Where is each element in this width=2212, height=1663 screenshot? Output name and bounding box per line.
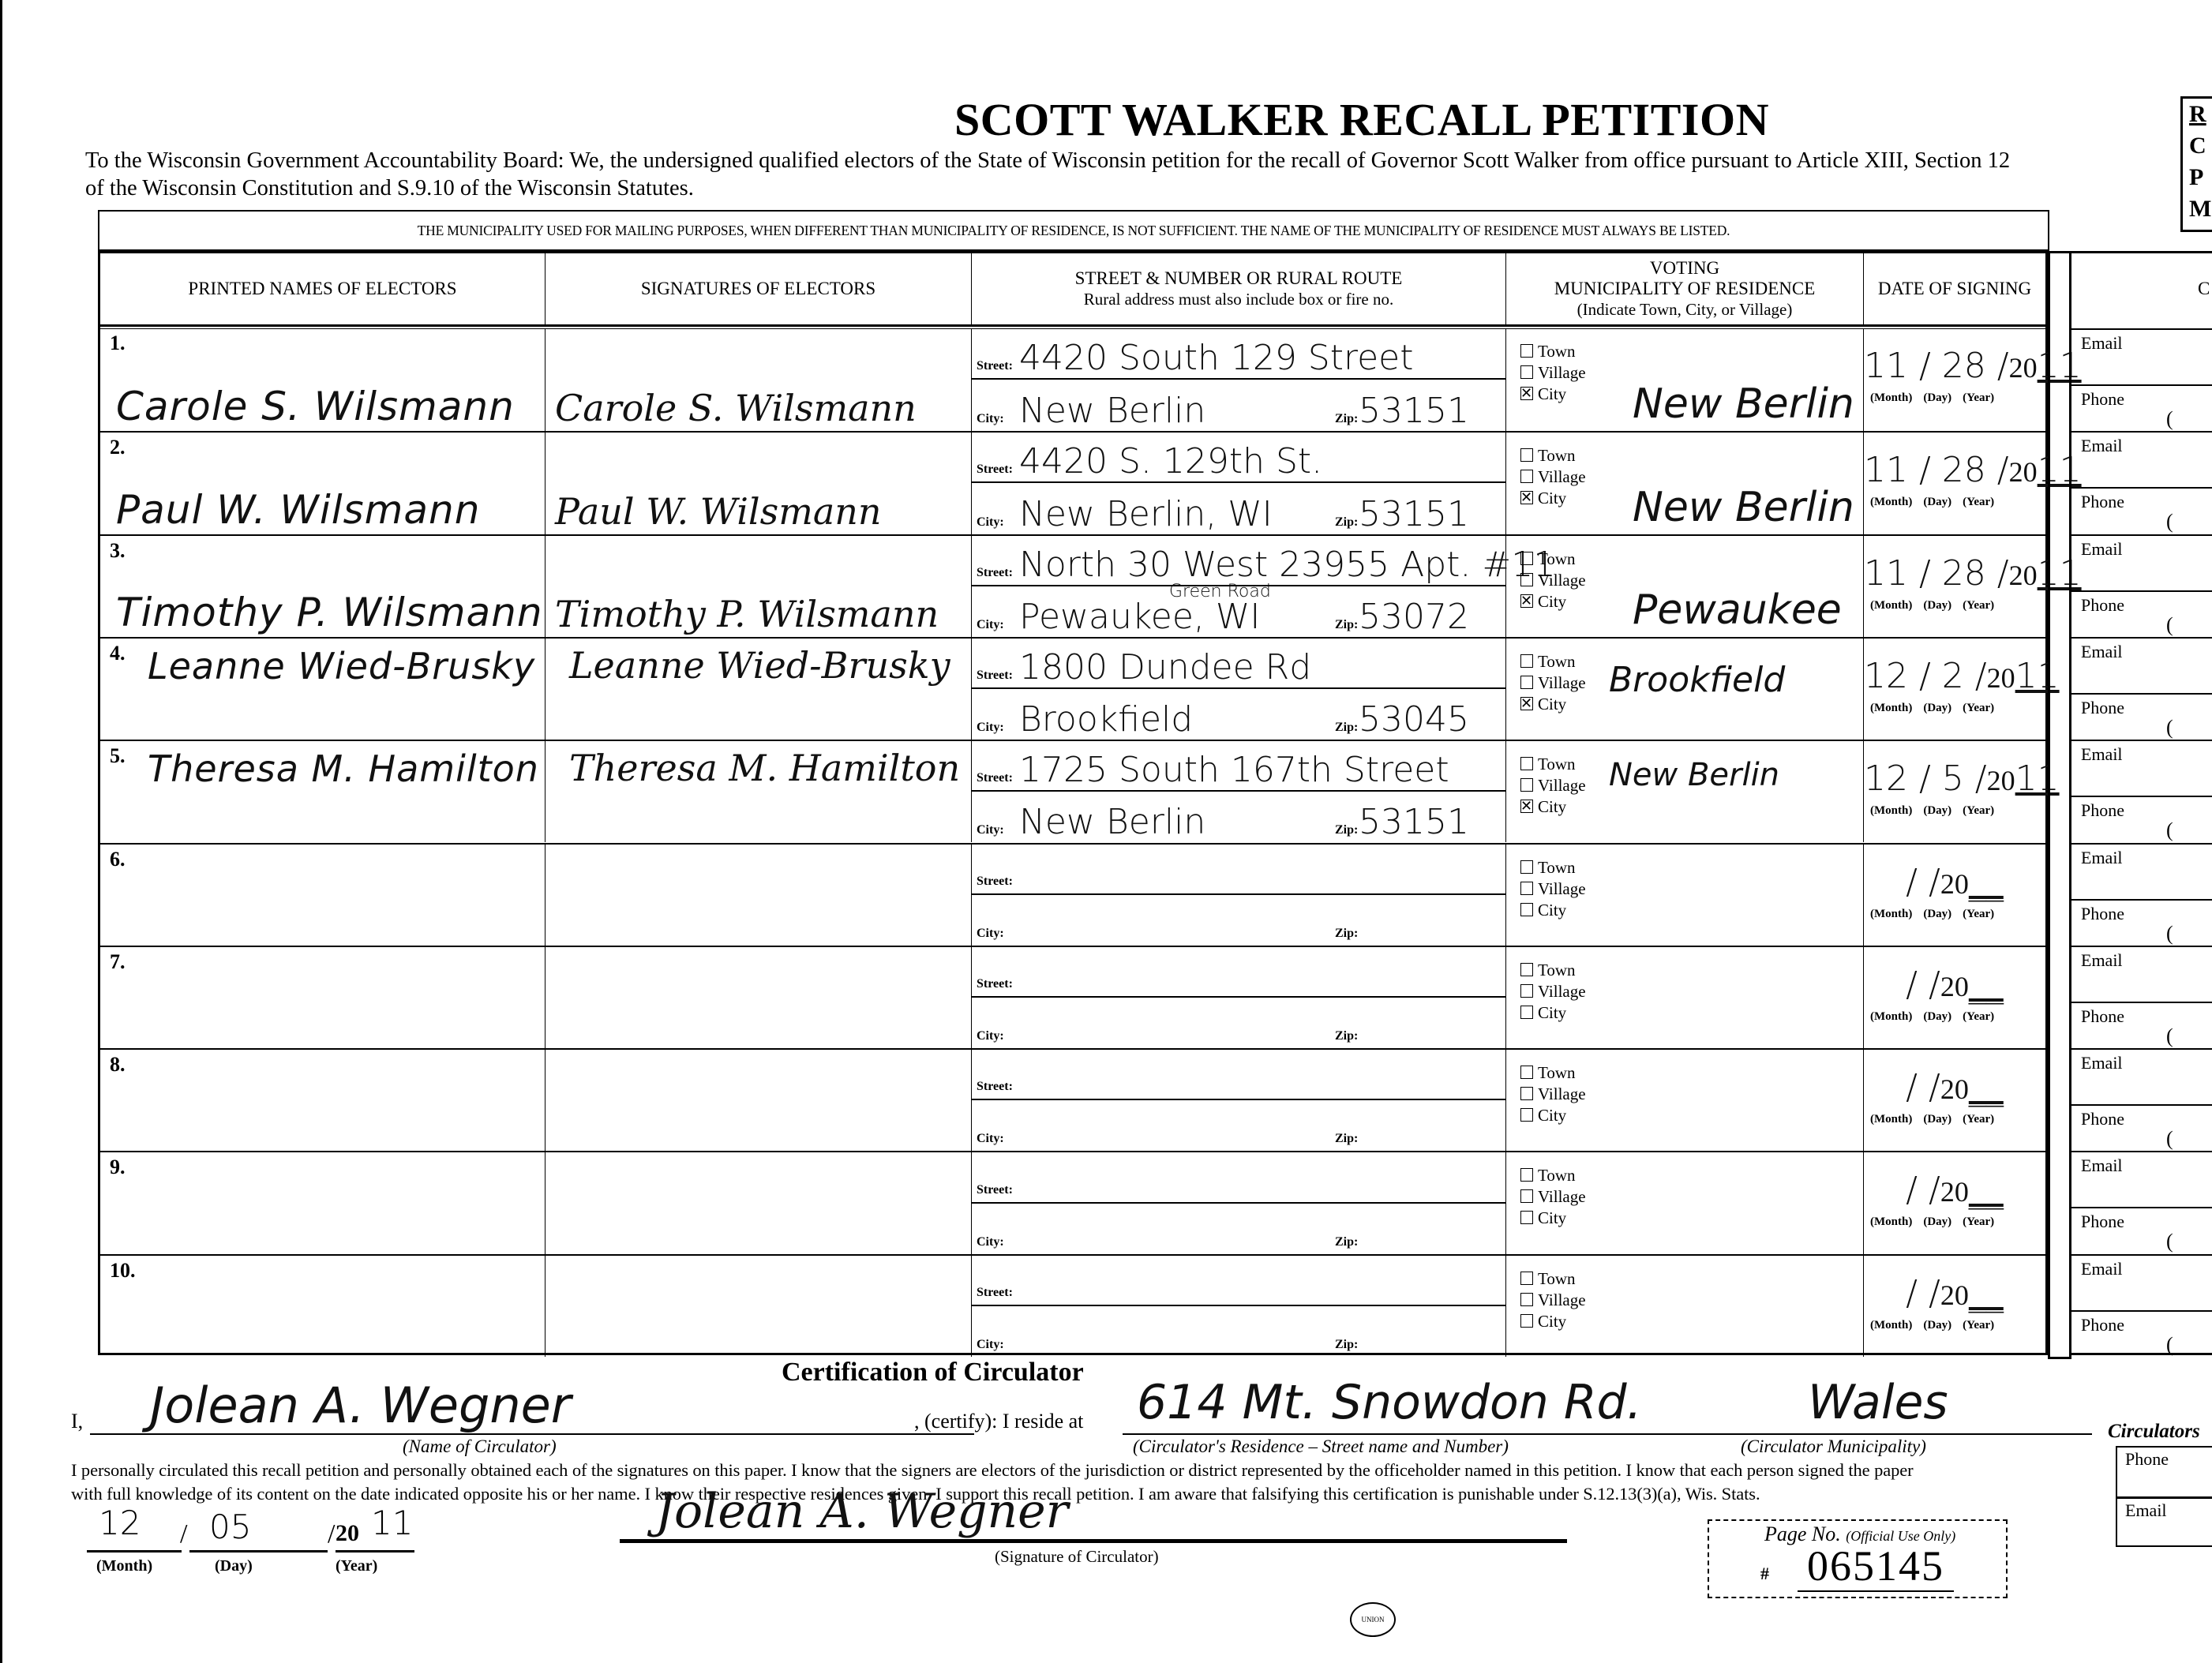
circulator-name-handwritten: Jolean A. Wegner (150, 1376, 571, 1434)
header-sublabel: Rural address must also include box or f… (1084, 289, 1394, 309)
cert-month-field[interactable] (87, 1550, 182, 1553)
year-caption: (Year) (1963, 1010, 1994, 1023)
zip-label: Zip: (1335, 412, 1358, 426)
street-value: North 30 West 23955 Apt. #11 (1019, 545, 1555, 585)
village-label: Village (1538, 571, 1586, 590)
month-caption: (Month) (1870, 496, 1912, 508)
contact-column: C Email Phone ( Email Phone ( Email Phon… (2071, 251, 2212, 1355)
zip-label: Zip: (1335, 515, 1358, 530)
address-cell: Street: City: Zip: (972, 845, 1506, 946)
phone-field[interactable]: Phone ( (2071, 1002, 2212, 1050)
street-field[interactable]: Street: 4420 South 129 Street (972, 328, 1505, 380)
page-title: SCOTT WALKER RECALL PETITION (789, 93, 1934, 146)
email-field[interactable]: Email (2081, 1053, 2123, 1073)
option-town[interactable]: Town (1520, 960, 1586, 981)
town-label: Town (1538, 549, 1576, 568)
elector-signature: Leanne Wied-Brusky (569, 646, 980, 684)
email-field[interactable]: Email (2081, 950, 2123, 971)
phone-paren: ( (2166, 1333, 2173, 1357)
option-city[interactable]: City (1520, 796, 1586, 818)
date-year-prefix: 20 (1987, 765, 2015, 796)
town-checkbox[interactable] (1520, 654, 1533, 668)
option-city[interactable]: City (1520, 1105, 1586, 1126)
option-village[interactable]: Village (1520, 878, 1586, 900)
zip-value: 53045 (1359, 699, 1469, 740)
option-village[interactable]: Village (1520, 1290, 1586, 1311)
city-zip-field[interactable]: City: Zip: (972, 1204, 1505, 1254)
phone-paren: ( (2166, 407, 2173, 431)
month-caption: (Month) (1870, 804, 1912, 817)
circulator-signature-field[interactable] (620, 1539, 1567, 1543)
city-label: City: (977, 1235, 1004, 1249)
header-label: MUNICIPALITY OF RESIDENCE (1554, 279, 1816, 299)
city-label: City: (977, 618, 1004, 632)
town-checkbox[interactable] (1520, 963, 1533, 976)
circulator-municipality-handwritten: Wales (1808, 1375, 1948, 1430)
street-field[interactable]: Street: (972, 1152, 1505, 1203)
signature-cell[interactable]: Leanne Wied-Brusky (546, 639, 972, 740)
town-label: Town (1538, 1166, 1576, 1185)
date-captions: (Month)(Day)(Year) (1870, 1319, 2005, 1332)
contact-row: Email Phone ( (2071, 1048, 2212, 1151)
date-slash: / (1906, 964, 1929, 1005)
village-label: Village (1538, 1187, 1586, 1206)
date-cell[interactable]: / /20__ (Month)(Day)(Year) (1864, 1256, 2045, 1357)
union-bug-icon: UNION (1350, 1602, 1396, 1637)
phone-paren: ( (2166, 510, 2173, 534)
official-box-letter: R (2183, 99, 2212, 130)
phone-paren: ( (2166, 1127, 2173, 1151)
month-caption: (Month) (1870, 599, 1912, 612)
street-field[interactable]: Street: (972, 1050, 1505, 1100)
date-year-prefix: 20 (1940, 1176, 1969, 1208)
year-caption: (Year) (1963, 1113, 1994, 1126)
city-zip-field[interactable]: City: New Berlin Zip: 53151 (972, 792, 1505, 842)
phone-label: Phone (2081, 1109, 2124, 1129)
day-caption: (Day) (1923, 702, 1951, 714)
date-value: 11 / 28 /2011 (1864, 553, 2045, 594)
village-checkbox[interactable] (1520, 365, 1533, 379)
city-zip-field[interactable]: City: Zip: (972, 895, 1505, 946)
option-town[interactable]: Town (1520, 549, 1586, 570)
signature-cell[interactable]: Paul W. Wilsmann (546, 433, 972, 534)
municipality-type-options: Town Village City (1520, 549, 1586, 612)
date-value: 12 / 2 /2011 (1864, 656, 2045, 696)
printed-name-cell[interactable]: 10. (100, 1256, 546, 1357)
year-caption: (Year) (1963, 804, 1994, 817)
municipality-cell: Town Village City (1506, 1256, 1864, 1357)
city-checkbox[interactable] (1520, 387, 1533, 400)
phone-field[interactable]: Phone ( (2071, 1104, 2212, 1152)
day-caption: (Day) (1923, 804, 1951, 817)
phone-field[interactable]: Phone ( (2071, 796, 2212, 844)
month-caption: (Month) (1870, 1113, 1912, 1126)
option-village[interactable]: Village (1520, 1084, 1586, 1105)
printed-name: Carole S. Wilsmann (116, 384, 515, 429)
city-option-label: City (1538, 1208, 1566, 1227)
email-field[interactable]: Email (2081, 539, 2123, 560)
street-value: 1725 South 167th Street (1019, 750, 1449, 790)
header-label: SIGNATURES OF ELECTORS (641, 279, 875, 299)
city-zip-field[interactable]: City: New Berlin Zip: 53151 (972, 380, 1505, 431)
option-town[interactable]: Town (1520, 1062, 1586, 1084)
address-cell: Street: North 30 West 23955 Apt. #11 Cit… (972, 536, 1506, 637)
option-town[interactable]: Town (1520, 341, 1586, 362)
village-checkbox[interactable] (1520, 882, 1533, 895)
header-label: VOTING (1650, 258, 1719, 279)
day-caption: (Day) (1923, 1113, 1951, 1126)
date-month: 11 (1864, 450, 1908, 490)
signature-caption: (Signature of Circulator) (995, 1547, 1159, 1567)
table-row: 5. Theresa M. Hamilton Theresa M. Hamilt… (100, 740, 2045, 842)
circulator-phone-field[interactable]: Phone (2117, 1448, 2212, 1496)
contact-row: Email Phone ( (2071, 843, 2212, 946)
option-town[interactable]: Town (1520, 651, 1586, 672)
option-town[interactable]: Town (1520, 1268, 1586, 1290)
table-row: 3. Timothy P. Wilsmann Timothy P. Wilsma… (100, 534, 2045, 637)
option-town[interactable]: Town (1520, 857, 1586, 878)
signature-cell[interactable] (546, 1256, 972, 1357)
date-separator: / (328, 1519, 335, 1549)
street-field[interactable]: Street: (972, 947, 1505, 998)
circulator-contact-title: Circulators (2108, 1421, 2212, 1443)
table-side-strip (2048, 251, 2071, 1359)
cert-year: 11 (371, 1504, 413, 1542)
address-cell: Street: 4420 S. 129th St. City: New Berl… (972, 433, 1506, 534)
option-city[interactable]: City (1520, 1208, 1586, 1229)
petition-intro: To the Wisconsin Government Accountabili… (85, 147, 2027, 202)
date-year-prefix: 20 (2009, 456, 2038, 488)
table-row: 9. Street: City: Zip: (100, 1151, 2045, 1253)
street-field[interactable]: Street: 1725 South 167th Street (972, 741, 1505, 792)
town-checkbox[interactable] (1520, 1168, 1533, 1182)
street-field[interactable]: Street: North 30 West 23955 Apt. #11 (972, 536, 1505, 586)
municipality-caption: (Circulator Municipality) (1741, 1436, 1926, 1457)
street-label: Street: (977, 1183, 1013, 1197)
row-number: 10. (110, 1259, 136, 1283)
street-label: Street: (977, 359, 1013, 373)
date-slash: / (1906, 862, 1929, 902)
city-label: City: (977, 412, 1004, 426)
city-zip-field[interactable]: City: New Berlin, WI Zip: 53151 (972, 483, 1505, 534)
city-label: City: (977, 1338, 1004, 1352)
option-village[interactable]: Village (1520, 775, 1586, 796)
city-option-label: City (1538, 1312, 1566, 1331)
header-label: STREET & NUMBER OR RURAL ROUTE (1075, 268, 1403, 289)
date-cell[interactable]: / /20__ (Month)(Day)(Year) (1864, 845, 2045, 946)
printed-name-cell[interactable]: 7. (100, 947, 546, 1048)
city-checkbox[interactable] (1520, 903, 1533, 916)
city-option-label: City (1538, 489, 1566, 508)
printed-name-cell[interactable]: 9. (100, 1152, 546, 1253)
printed-name-cell[interactable]: 2. Paul W. Wilsmann (100, 433, 546, 534)
village-checkbox[interactable] (1520, 676, 1533, 689)
city-label: City: (977, 927, 1004, 941)
phone-field[interactable]: Phone ( (2071, 1207, 2212, 1255)
phone-label: Phone (2081, 1212, 2124, 1231)
city-checkbox[interactable] (1520, 594, 1533, 608)
city-zip-field[interactable]: City: Zip: (972, 1100, 1505, 1151)
phone-field[interactable]: Phone ( (2071, 487, 2212, 535)
signature-cell[interactable] (546, 1050, 972, 1151)
village-label: Village (1538, 982, 1586, 1001)
option-city[interactable]: City (1520, 1002, 1586, 1024)
town-checkbox[interactable] (1520, 757, 1533, 770)
date-captions: (Month)(Day)(Year) (1870, 1010, 2005, 1024)
phone-paren: ( (2166, 922, 2173, 946)
row-number: 1. (110, 331, 126, 355)
page-number-box: Page No. (Official Use Only) # 065145 (1708, 1519, 2008, 1598)
option-town[interactable]: Town (1520, 1165, 1586, 1186)
email-field[interactable]: Email (2081, 744, 2123, 765)
date-slash: / (1929, 1067, 1940, 1107)
email-field[interactable]: Email (2081, 436, 2123, 456)
email-field[interactable]: Email (2081, 848, 2123, 868)
date-cell[interactable]: / /20__ (Month)(Day)(Year) (1864, 947, 2045, 1048)
street-label: Street: (977, 463, 1013, 477)
option-city[interactable]: City (1520, 900, 1586, 921)
village-label: Village (1538, 467, 1586, 486)
date-value: / /20__ (1864, 1170, 2045, 1210)
municipality-type-options: Town Village City (1520, 651, 1586, 715)
town-label: Town (1538, 755, 1576, 773)
contact-row: Email Phone ( (2071, 1151, 2212, 1253)
page-hash: # (1760, 1564, 1769, 1584)
option-village[interactable]: Village (1520, 672, 1586, 694)
village-checkbox[interactable] (1520, 1293, 1533, 1306)
municipality-type-options: Town Village City (1520, 341, 1586, 405)
village-checkbox[interactable] (1520, 778, 1533, 792)
day-caption: (Day) (1923, 908, 1951, 920)
town-label: Town (1538, 961, 1576, 979)
city-checkbox[interactable] (1520, 800, 1533, 813)
municipality-value: New Berlin (1633, 484, 1854, 531)
day-caption: (Day) (1923, 1010, 1951, 1023)
cert-year-field[interactable] (336, 1550, 414, 1553)
email-field[interactable]: Email (2081, 1155, 2123, 1176)
zip-value: 53151 (1359, 802, 1469, 842)
date-month: 12 (1864, 656, 1908, 696)
page-edge (0, 0, 2, 1663)
zip-label: Zip: (1335, 618, 1358, 632)
official-box-letter: C (2183, 130, 2212, 162)
town-label: Town (1538, 342, 1576, 361)
header-date: DATE OF SIGNING (1864, 253, 2045, 324)
date-slash: / (1986, 450, 2009, 490)
signature-cell[interactable]: Carole S. Wilsmann (546, 328, 972, 431)
cert-day-field[interactable] (189, 1550, 328, 1553)
circulator-residence-field[interactable] (1123, 1433, 2092, 1435)
option-village[interactable]: Village (1520, 570, 1586, 591)
town-checkbox[interactable] (1520, 344, 1533, 358)
phone-paren: ( (2166, 613, 2173, 637)
city-zip-field[interactable]: City: Zip: (972, 998, 1505, 1048)
elector-signature: Timothy P. Wilsmann (555, 593, 939, 635)
municipality-type-options: Town Village City (1520, 857, 1586, 921)
email-field[interactable]: Email (2081, 1259, 2123, 1279)
printed-name-cell[interactable]: 6. (100, 845, 546, 946)
phone-field[interactable]: Phone ( (2071, 693, 2212, 741)
municipality-notice: THE MUNICIPALITY USED FOR MAILING PURPOS… (98, 210, 2049, 251)
city-value: New Berlin, WI (1019, 494, 1273, 534)
date-cell[interactable]: 11 / 28 /2011 (Month)(Day)(Year) (1864, 433, 2045, 534)
circulator-contact: Circulators Phone Email (2108, 1421, 2212, 1547)
village-checkbox[interactable] (1520, 1087, 1533, 1100)
street-label: Street: (977, 977, 1013, 991)
town-label: Town (1538, 446, 1576, 465)
option-city[interactable]: City (1520, 384, 1586, 405)
signature-cell[interactable] (546, 845, 972, 946)
city-zip-field[interactable]: City: Zip: (972, 1306, 1505, 1357)
phone-field[interactable]: Phone ( (2071, 1310, 2212, 1358)
city-zip-field[interactable]: City: Brookfield Zip: 53045 (972, 689, 1505, 740)
municipality-value: Pewaukee (1633, 586, 1842, 634)
table-row: 1. Carole S. Wilsmann Carole S. Wilsmann… (100, 328, 2045, 431)
printed-name-cell[interactable]: 3. Timothy P. Wilsmann (100, 536, 546, 637)
street-value: 4420 S. 129th St. (1019, 441, 1322, 481)
date-value: / /20__ (1864, 1273, 2045, 1313)
date-year: __ (1969, 862, 2004, 902)
date-slash: / (1986, 346, 2009, 386)
email-field[interactable]: Email (2081, 642, 2123, 662)
certification-title: Certification of Circulator (782, 1358, 1084, 1388)
signature-cell[interactable] (546, 1152, 972, 1253)
option-city[interactable]: City (1520, 591, 1586, 612)
printed-name-cell[interactable]: 8. (100, 1050, 546, 1151)
street-field[interactable]: Street: (972, 845, 1505, 895)
city-checkbox[interactable] (1520, 1314, 1533, 1328)
official-box-letter: P (2183, 162, 2212, 193)
municipality-value: New Berlin (1609, 757, 1779, 793)
electors-table: PRINTED NAMES OF ELECTORS SIGNATURES OF … (98, 251, 2048, 1355)
date-value: 11 / 28 /2011 (1864, 346, 2045, 386)
date-captions: (Month)(Day)(Year) (1870, 496, 2005, 509)
option-village[interactable]: Village (1520, 981, 1586, 1002)
zip-value: 53151 (1359, 391, 1469, 431)
printed-name-cell[interactable]: 4. Leanne Wied-Brusky (100, 639, 546, 740)
date-day: 2 (1942, 656, 1964, 696)
village-checkbox[interactable] (1520, 470, 1533, 483)
city-zip-field[interactable]: City: Pewaukee, WI Zip: 53072 Green Road (972, 586, 1505, 637)
date-cell[interactable]: 11 / 28 /2011 (Month)(Day)(Year) (1864, 328, 2045, 431)
municipality-value: New Berlin (1633, 380, 1854, 428)
option-village[interactable]: Village (1520, 466, 1586, 488)
option-village[interactable]: Village (1520, 1186, 1586, 1208)
date-year-prefix: 20 (2009, 352, 2038, 384)
date-year-prefix: 20 (1940, 971, 1969, 1002)
street-value: 4420 South 129 Street (1019, 338, 1414, 378)
option-town[interactable]: Town (1520, 754, 1586, 775)
town-checkbox[interactable] (1520, 1066, 1533, 1079)
town-checkbox[interactable] (1520, 448, 1533, 462)
municipality-cell: Town Village City (1506, 947, 1864, 1048)
village-checkbox[interactable] (1520, 984, 1533, 998)
printed-name: Paul W. Wilsmann (116, 487, 480, 533)
phone-label: Phone (2081, 595, 2124, 615)
date-slash: / (1908, 346, 1942, 386)
city-checkbox[interactable] (1520, 491, 1533, 504)
signature-cell[interactable] (546, 947, 972, 1048)
date-slash: / (1964, 656, 1987, 696)
date-cell[interactable]: / /20__ (Month)(Day)(Year) (1864, 1152, 2045, 1253)
day-caption: (Day) (1923, 391, 1951, 404)
city-option-label: City (1538, 1003, 1566, 1022)
date-value: / /20__ (1864, 1067, 2045, 1107)
town-checkbox[interactable] (1520, 860, 1533, 874)
town-checkbox[interactable] (1520, 1272, 1533, 1285)
option-town[interactable]: Town (1520, 445, 1586, 466)
phone-field[interactable]: Phone ( (2071, 899, 2212, 947)
contact-row: Email Phone ( (2071, 1254, 2212, 1357)
address-cell: Street: City: Zip: (972, 947, 1506, 1048)
signature-cell[interactable]: Theresa M. Hamilton (546, 741, 972, 842)
phone-field[interactable]: Phone ( (2071, 384, 2212, 433)
city-checkbox[interactable] (1520, 1211, 1533, 1224)
date-slash: / (1908, 553, 1942, 594)
signature-cell[interactable]: Timothy P. Wilsmann (546, 536, 972, 637)
table-row: 7. Street: City: Zip: (100, 946, 2045, 1048)
phone-label: Phone (2081, 1006, 2124, 1026)
municipality-cell: Town Village City (1506, 845, 1864, 946)
certify-text: , (certify): I reside at (914, 1410, 1083, 1433)
phone-paren: ( (2166, 1024, 2173, 1048)
row-number: 3. (110, 539, 126, 563)
date-year: __ (1969, 964, 2004, 1005)
date-cell[interactable]: 12 / 2 /2011 (Month)(Day)(Year) (1864, 639, 2045, 740)
city-checkbox[interactable] (1520, 1108, 1533, 1122)
option-city[interactable]: City (1520, 488, 1586, 509)
circulator-email-field[interactable]: Email (2117, 1496, 2212, 1545)
address-cell: Street: City: Zip: (972, 1152, 1506, 1253)
date-day: 28 (1942, 450, 1986, 490)
village-checkbox[interactable] (1520, 1189, 1533, 1203)
street-field[interactable]: Street: 4420 S. 129th St. (972, 433, 1505, 483)
phone-paren: ( (2166, 716, 2173, 740)
municipality-cell: Town Village City Brookfield (1506, 639, 1864, 740)
option-village[interactable]: Village (1520, 362, 1586, 384)
date-slash: / (1986, 553, 2009, 594)
email-field[interactable]: Email (2081, 333, 2123, 354)
elector-signature: Carole S. Wilsmann (555, 387, 917, 429)
contact-row: Email Phone ( (2071, 637, 2212, 740)
town-checkbox[interactable] (1520, 552, 1533, 565)
printed-name-cell[interactable]: 1. Carole S. Wilsmann (100, 328, 546, 431)
village-checkbox[interactable] (1520, 573, 1533, 586)
circulator-signature: Jolean A. Wegner (655, 1484, 1068, 1539)
municipality-cell: Town Village City New Berlin (1506, 433, 1864, 534)
table-row: 10. Street: City: Zip: (100, 1254, 2045, 1357)
phone-field[interactable]: Phone ( (2071, 590, 2212, 639)
date-value: 12 / 5 /2011 (1864, 758, 2045, 799)
date-captions: (Month)(Day)(Year) (1870, 1113, 2005, 1126)
option-city[interactable]: City (1520, 1311, 1586, 1332)
date-captions: (Month)(Day)(Year) (1870, 908, 2005, 921)
month-caption: (Month) (1870, 702, 1912, 714)
date-cell[interactable]: 11 / 28 /2011 (Month)(Day)(Year) (1864, 536, 2045, 637)
date-cell[interactable]: / /20__ (Month)(Day)(Year) (1864, 1050, 2045, 1151)
day-caption: (Day) (1923, 1215, 1951, 1228)
street-field[interactable]: Street: (972, 1256, 1505, 1306)
date-cell[interactable]: 12 / 5 /2011 (Month)(Day)(Year) (1864, 741, 2045, 842)
city-checkbox[interactable] (1520, 697, 1533, 710)
option-city[interactable]: City (1520, 694, 1586, 715)
header-signatures: SIGNATURES OF ELECTORS (546, 253, 972, 324)
street-field[interactable]: Street: 1800 Dundee Rd (972, 639, 1505, 689)
zip-value: 53151 (1359, 494, 1469, 534)
printed-name-cell[interactable]: 5. Theresa M. Hamilton (100, 741, 546, 842)
date-slash: / (1929, 1273, 1940, 1313)
city-checkbox[interactable] (1520, 1006, 1533, 1019)
